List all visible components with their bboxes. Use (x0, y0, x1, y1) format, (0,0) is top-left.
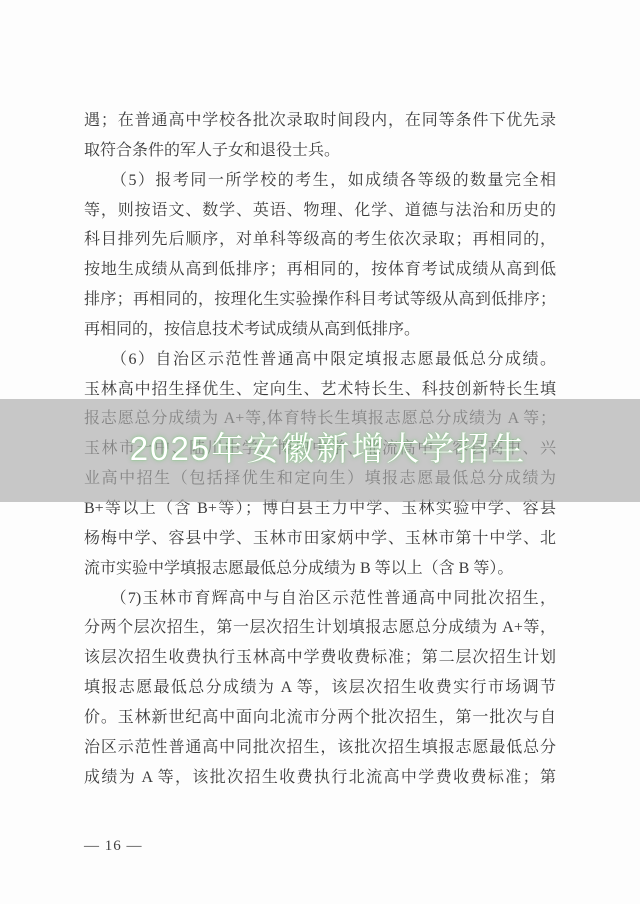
page-number: — 16 — (84, 836, 143, 856)
text-line: 填报志愿最低总分成绩为 A 等，该层次招生收费实行市场调节 (84, 673, 556, 703)
watermark-text: 2025年安徽新增大学招生 (8, 429, 640, 469)
text-line: 分两个层次招生，第一层次招生计划填报志愿总分成绩为 A+等， (84, 613, 556, 643)
text-line: （5）报考同一所学校的考生，如成绩各等级的数量完全相 (84, 166, 556, 196)
document-page: 遇；在普通高中学校各批次录取时间段内，在同等条件下优先录 取符合条件的军人子女和… (0, 0, 640, 904)
text-line: 成绩为 A 等，该批次招生收费执行北流高中学费收费标准；第 (84, 763, 556, 793)
text-line: 流市实验中学填报志愿最低总分成绩为 B 等以上（含 B 等）。 (84, 554, 556, 584)
text-line: 杨梅中学、容县中学、玉林市田家炳中学、玉林市第十中学、北 (84, 524, 556, 554)
text-line: 再相同的，按信息技术考试成绩从高到低排序。 (84, 315, 556, 345)
text-line: 科目排列先后顺序，对单科等级高的考生依次录取；再相同的， (84, 225, 556, 255)
text-line: 价。玉林新世纪高中面向北流市分两个批次招生，第一批次与自 (84, 703, 556, 733)
text-line: 取符合条件的军人子女和退役士兵。 (84, 136, 556, 166)
text-line: 按地生成绩从高到低排序；再相同的，按体育考试成绩从高到低 (84, 255, 556, 285)
text-line: （6）自治区示范性普通高中限定填报志愿最低总分成绩。 (84, 345, 556, 375)
text-line: （7)玉林市育辉高中与自治区示范性普通高中同批次招生， (84, 584, 556, 614)
text-line: 等，则按语文、数学、英语、物理、化学、道德与法治和历史的 (84, 196, 556, 226)
text-line: 排序；再相同的，按理化生实验操作科目考试等级从高到低排序； (84, 285, 556, 315)
text-line: 遇；在普通高中学校各批次录取时间段内，在同等条件下优先录 (84, 106, 556, 136)
text-line: 该层次招生收费执行玉林高中学费收费标准；第二层次招生计划 (84, 643, 556, 673)
text-line: 治区示范性普通高中同批次招生，该批次招生填报志愿最低总分 (84, 733, 556, 763)
